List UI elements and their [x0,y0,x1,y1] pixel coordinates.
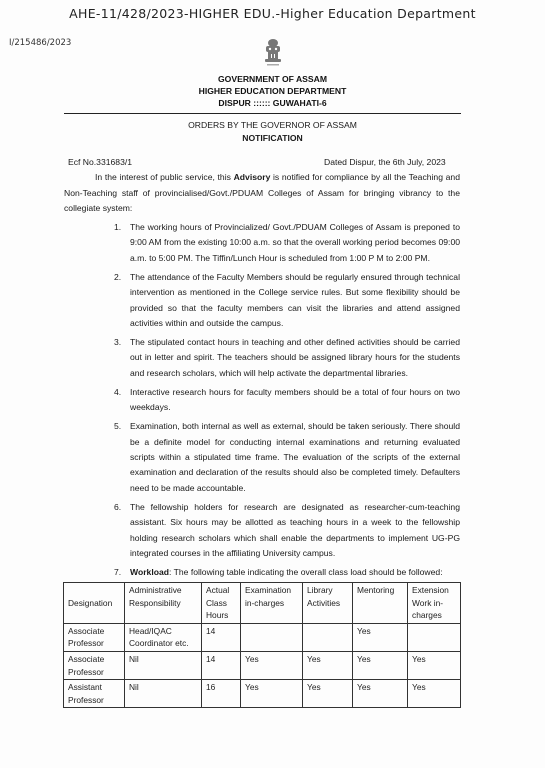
list-item: 4.Interactive research hours for faculty… [64,385,460,416]
table-cell: Yes [353,651,408,679]
header-divider [64,113,461,114]
table-cell: Yes [408,680,461,708]
table-row: Associate Professor Head/IQAC Coordinato… [64,623,461,651]
table-header-cell: Designation [64,583,125,624]
list-item: 6.The fellowship holders for research ar… [64,500,460,562]
file-title: AHE-11/428/2023-HIGHER EDU.-Higher Educa… [0,6,545,21]
table-cell: Assistant Professor [64,680,125,708]
list-item: 3.The stipulated contact hours in teachi… [64,335,460,381]
table-cell: Yes [353,623,408,651]
state-emblem-icon [262,38,284,70]
table-header-row: Designation Administrative Responsibilit… [64,583,461,624]
table-row: Associate Professor Nil 14 Yes Yes Yes Y… [64,651,461,679]
table-cell [303,623,353,651]
advisory-list: 1.The working hours of Provincialized/ G… [64,220,460,584]
orders-line: ORDERS BY THE GOVERNOR OF ASSAM [0,120,545,130]
table-cell: Yes [303,651,353,679]
table-cell: Head/IQAC Coordinator etc. [125,623,202,651]
table-header-cell: Actual Class Hours [202,583,241,624]
government-name: GOVERNMENT OF ASSAM [0,74,545,84]
table-cell: Yes [241,651,303,679]
table-header-cell: Library Activities [303,583,353,624]
workload-table: Designation Administrative Responsibilit… [63,582,461,708]
table-cell [408,623,461,651]
table-header-cell: Administrative Responsibility [125,583,202,624]
list-item: 2.The attendance of the Faculty Members … [64,270,460,332]
list-item: 1.The working hours of Provincialized/ G… [64,220,460,266]
notification-title: NOTIFICATION [0,133,545,143]
table-cell: 16 [202,680,241,708]
table-cell: Yes [303,680,353,708]
table-cell: Yes [241,680,303,708]
table-cell: Associate Professor [64,623,125,651]
department-name: HIGHER EDUCATION DEPARTMENT [0,86,545,96]
table-header-cell: Extension Work in-charges [408,583,461,624]
list-item: 7.Workload: The following table indicati… [64,565,460,580]
file-reference: I/215486/2023 [9,38,71,48]
list-item: 5.Examination, both internal as well as … [64,419,460,496]
table-cell: Nil [125,680,202,708]
table-header-cell: Examination in-charges [241,583,303,624]
table-cell: Yes [408,651,461,679]
table-header-cell: Mentoring [353,583,408,624]
notification-date: Dated Dispur, the 6th July, 2023 [324,157,446,167]
department-location: DISPUR :::::: GUWAHATI-6 [0,98,545,108]
table-cell: 14 [202,623,241,651]
reference-number: Ecf No.331683/1 [68,157,132,167]
table-cell: 14 [202,651,241,679]
table-cell: Associate Professor [64,651,125,679]
table-cell [241,623,303,651]
table-cell: Nil [125,651,202,679]
table-row: Assistant Professor Nil 16 Yes Yes Yes Y… [64,680,461,708]
table-cell: Yes [353,680,408,708]
intro-paragraph: In the interest of public service, this … [64,170,460,217]
